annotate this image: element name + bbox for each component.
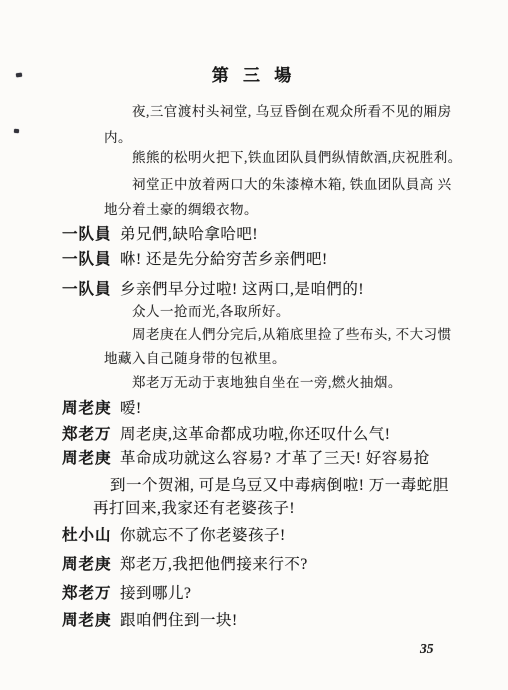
page-number: 35 [420, 641, 434, 657]
scene-title: 第 三 場 [0, 66, 508, 86]
speaker-name: 一队員 [62, 281, 112, 300]
speaker-name: 周老庚 [62, 556, 112, 575]
dialogue-text: 跟咱們住到一块! [120, 612, 238, 631]
dialogue-text: 郑老万,我把他們接来行不? [120, 556, 308, 575]
speaker-name: 杜小山 [62, 527, 112, 546]
script-page: 第 三 場 夜,三官渡村头祠堂, 乌豆昏倒在观众所看不见的厢房 内。 熊熊的松明… [0, 0, 508, 690]
dialogue-text: 嗳! [120, 400, 142, 419]
speaker-name: 一队員 [62, 226, 112, 245]
dialogue-text: 弟兄們,缺哈拿哈吧! [120, 226, 258, 245]
dialogue-text: 周老庚,这革命都成功啦,你还叹什么气! [120, 426, 390, 445]
speaker-name: 郑老万 [62, 585, 112, 604]
speaker-name: 周老庚 [62, 450, 112, 469]
stage-direction: 祠堂正中放着两口大的朱漆樟木箱, 铁血团队員高 兴 [132, 177, 452, 193]
speaker-name: 郑老万 [62, 426, 112, 445]
dialogue-continuation: 再打回来,我家还有老婆孩子! [93, 500, 295, 519]
stage-direction: 夜,三官渡村头祠堂, 乌豆昏倒在观众所看不见的厢房 [132, 104, 452, 120]
stage-direction: 熊熊的松明火把下,铁血团队員們纵情飲酒,庆祝胜利。 [132, 150, 462, 166]
stage-direction: 地分着土豪的绸缎衣物。 [104, 202, 258, 218]
speaker-name: 周老庚 [62, 612, 112, 631]
dialogue-text: 咻! 还是先分給穷苦乡亲們吧! [120, 251, 328, 270]
stage-direction: 地藏入自己随身带的包袱里。 [104, 351, 286, 367]
stage-direction: 众人一抢而光,各取所好。 [132, 304, 290, 320]
dialogue-text: 你就忘不了你老婆孩子! [120, 527, 286, 546]
ink-speck [14, 129, 19, 133]
stage-direction: 郑老万无动于衷地独自坐在一旁,燃火抽烟。 [132, 375, 402, 391]
dialogue-text: 乡亲們早分过啦! 这两口,是咱們的! [120, 281, 364, 300]
dialogue-text: 革命成功就这么容易? 才革了三天! 好容易抢 [120, 450, 430, 469]
speaker-name: 一队員 [62, 251, 112, 270]
dialogue-text: 接到哪儿? [120, 585, 191, 604]
speaker-name: 周老庚 [62, 400, 112, 419]
stage-direction: 内。 [104, 130, 132, 146]
stage-direction: 周老庚在人們分完后,从箱底里捡了些布头, 不大习惯 [132, 327, 452, 343]
dialogue-continuation: 到一个贺湘, 可是乌豆又中毒病倒啦! 万一毒蛇胆 [110, 477, 449, 496]
